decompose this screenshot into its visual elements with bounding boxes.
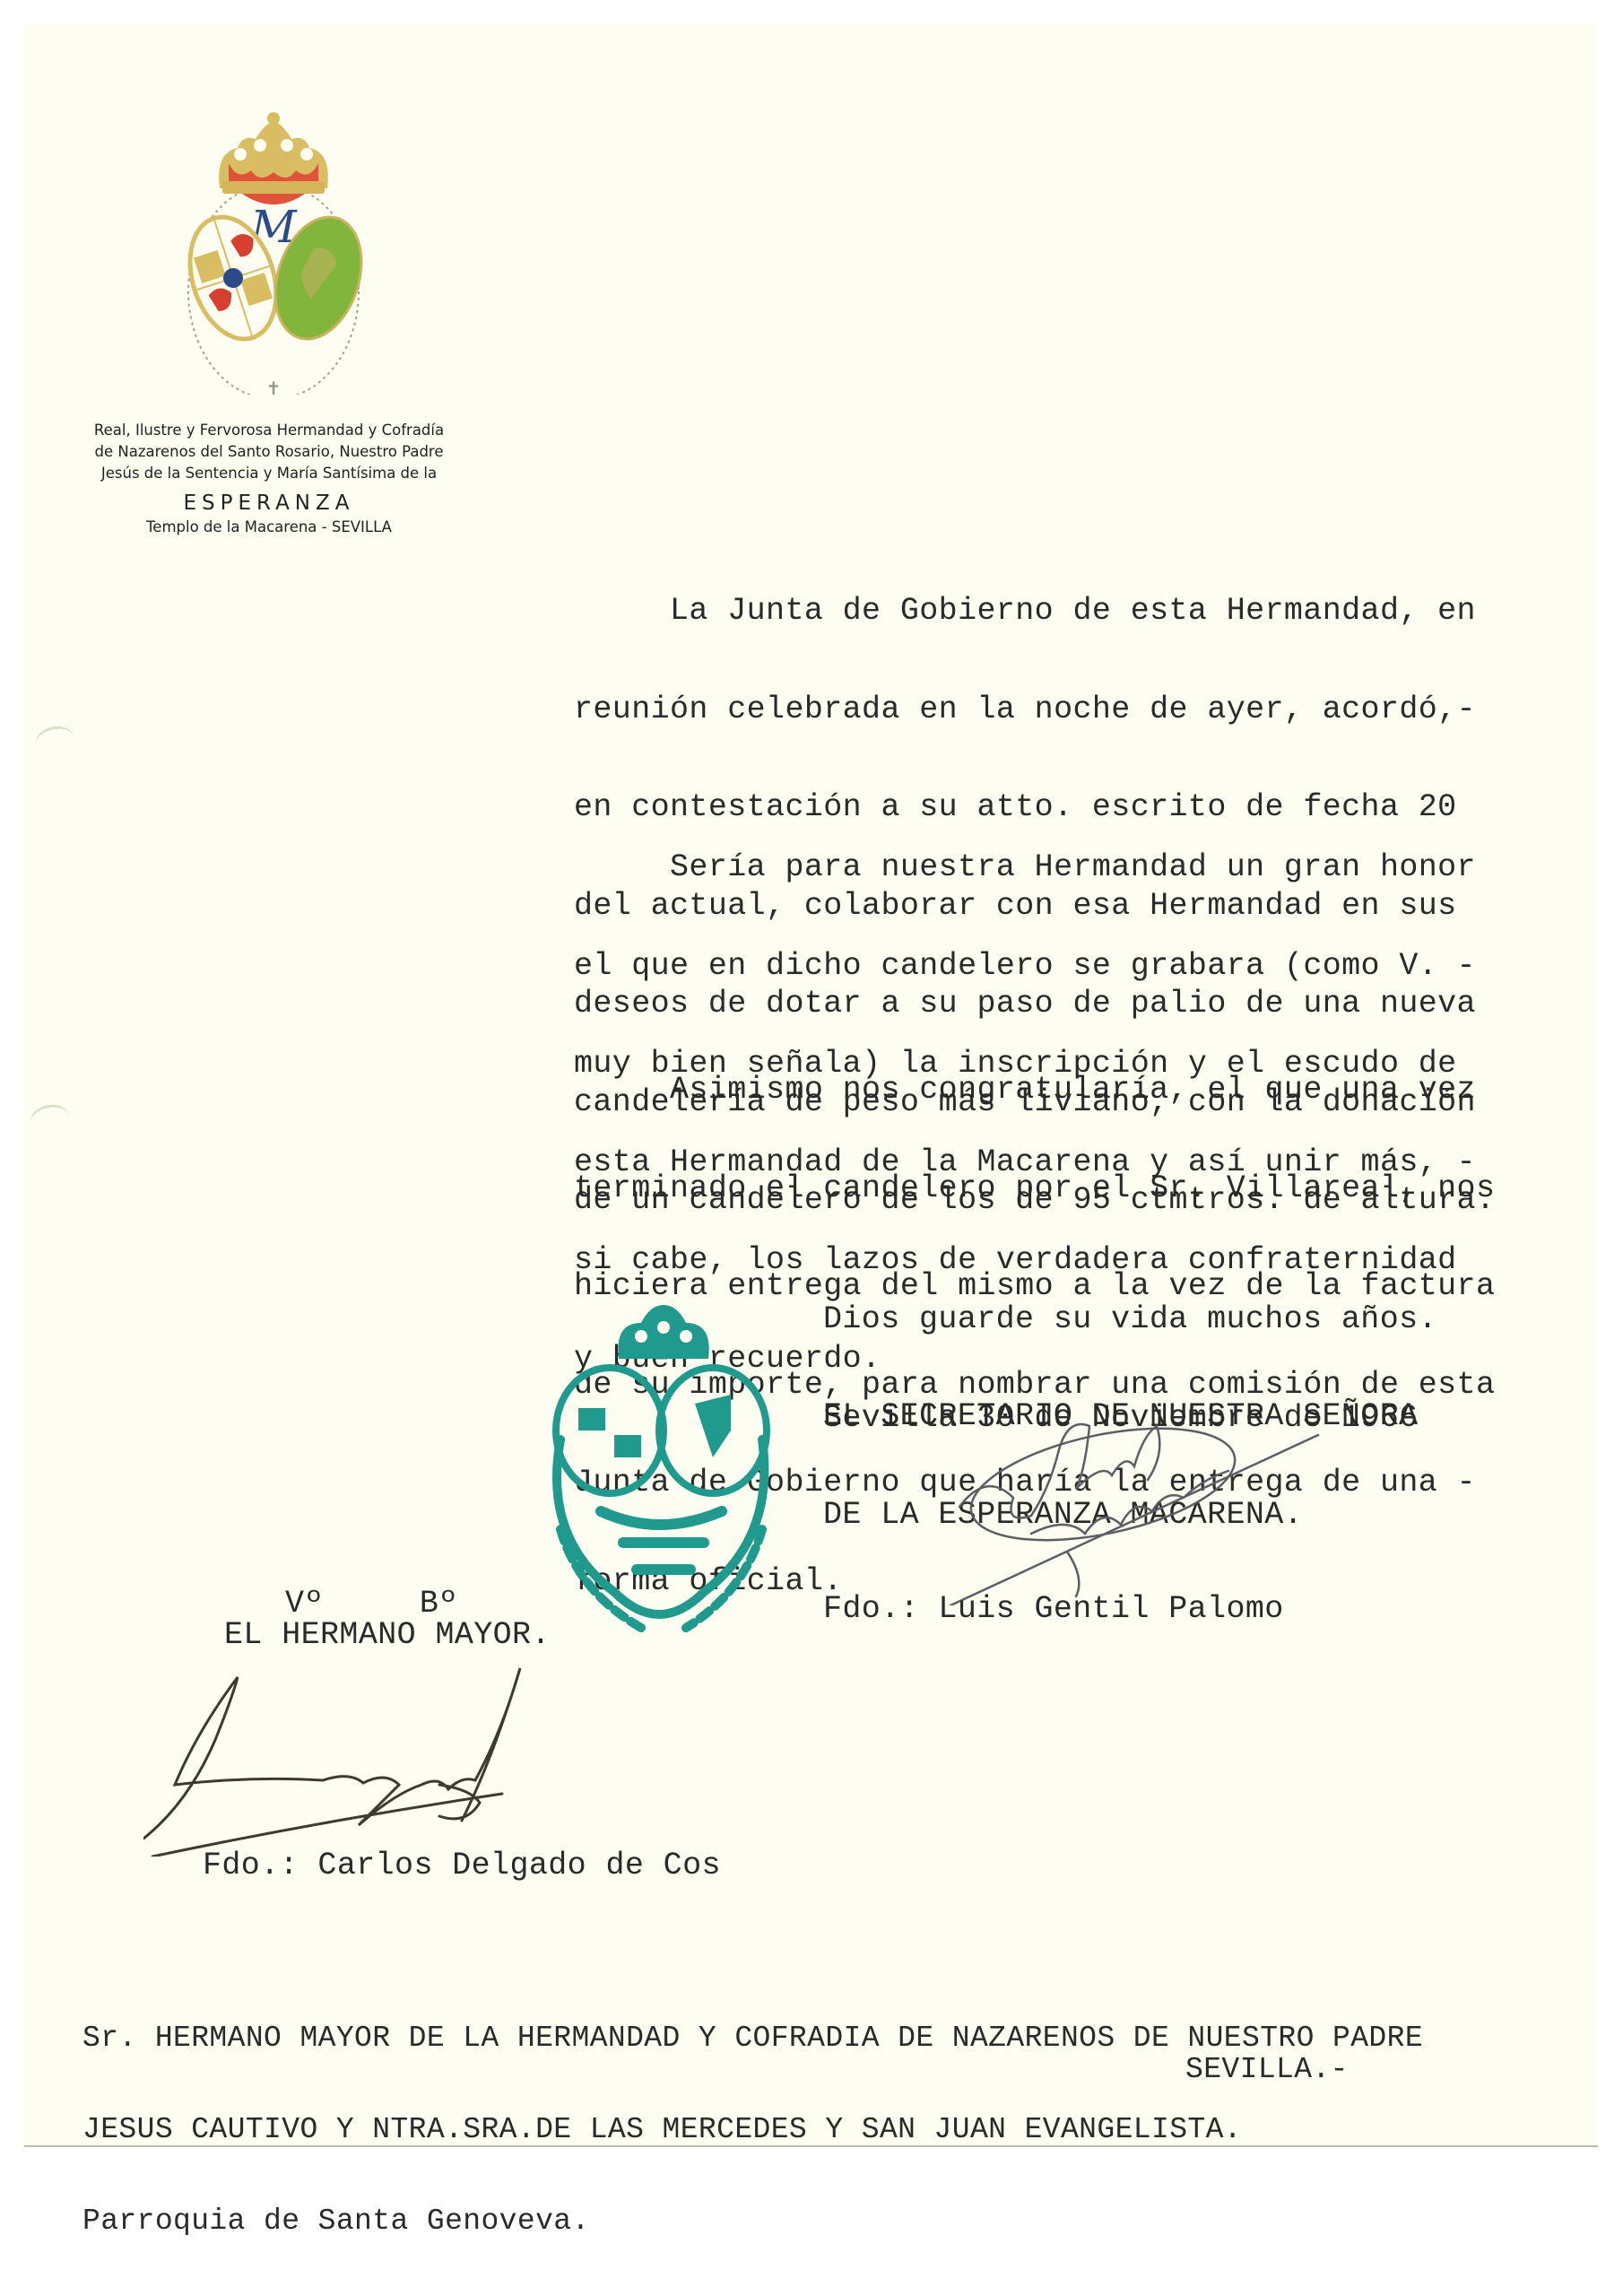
addressee-line: JESUS CAUTIVO Y NTRA.SRA.DE LAS MERCEDES… [82, 2115, 1423, 2145]
hermano-mayor-title: EL HERMANO MAYOR. [224, 1619, 551, 1652]
addressee-block: Sr. HERMANO MAYOR DE LA HERMANDAD Y COFR… [82, 1962, 1423, 2267]
text-line: reunión celebrada en la noche de ayer, a… [574, 693, 1495, 726]
hermandad-stamp-icon [525, 1305, 803, 1646]
text-line: el que en dicho candelero se grabara (co… [574, 950, 1476, 983]
letterhead-subtitle: Templo de la Macarena - SEVILLA [36, 517, 502, 538]
secretary-signature [933, 1399, 1327, 1605]
salutation: Dios guarde su vida muchos años. [823, 1303, 1437, 1336]
letterhead-text: Real, Ilustre y Fervorosa Hermandad y Co… [36, 420, 502, 538]
letterhead-line: Real, Ilustre y Fervorosa Hermandad y Co… [36, 420, 502, 441]
addressee-line: Parroquia de Santa Genoveva. [82, 2206, 1423, 2237]
addressee-line: Sr. HERMANO MAYOR DE LA HERMANDAD Y COFR… [82, 2023, 1423, 2054]
letterhead-line: Jesús de la Sentencia y María Santísima … [36, 463, 502, 484]
text-line: Sería para nuestra Hermandad un gran hon… [574, 851, 1476, 884]
vobo-label: Vº Bº [285, 1587, 458, 1621]
hermano-mayor-signature [143, 1650, 646, 1857]
text-line: terminado el candelero por el Sr. Villar… [574, 1172, 1495, 1205]
text-line: Asimismo nos congratularía, el que una v… [574, 1074, 1495, 1107]
letterhead-title: ESPERANZA [36, 490, 502, 517]
addressee-city: SEVILLA.- [1185, 2054, 1349, 2087]
secretary-signed-name: Fdo.: Luis Gentil Palomo [823, 1593, 1284, 1626]
hermano-mayor-signed-name: Fdo.: Carlos Delgado de Cos [203, 1849, 721, 1883]
crest-icon: M ✝ [152, 99, 395, 395]
text-line: La Junta de Gobierno de esta Hermandad, … [574, 595, 1495, 628]
letterhead-line: de Nazarenos del Santo Rosario, Nuestro … [36, 441, 502, 463]
svg-text:✝: ✝ [266, 379, 282, 395]
